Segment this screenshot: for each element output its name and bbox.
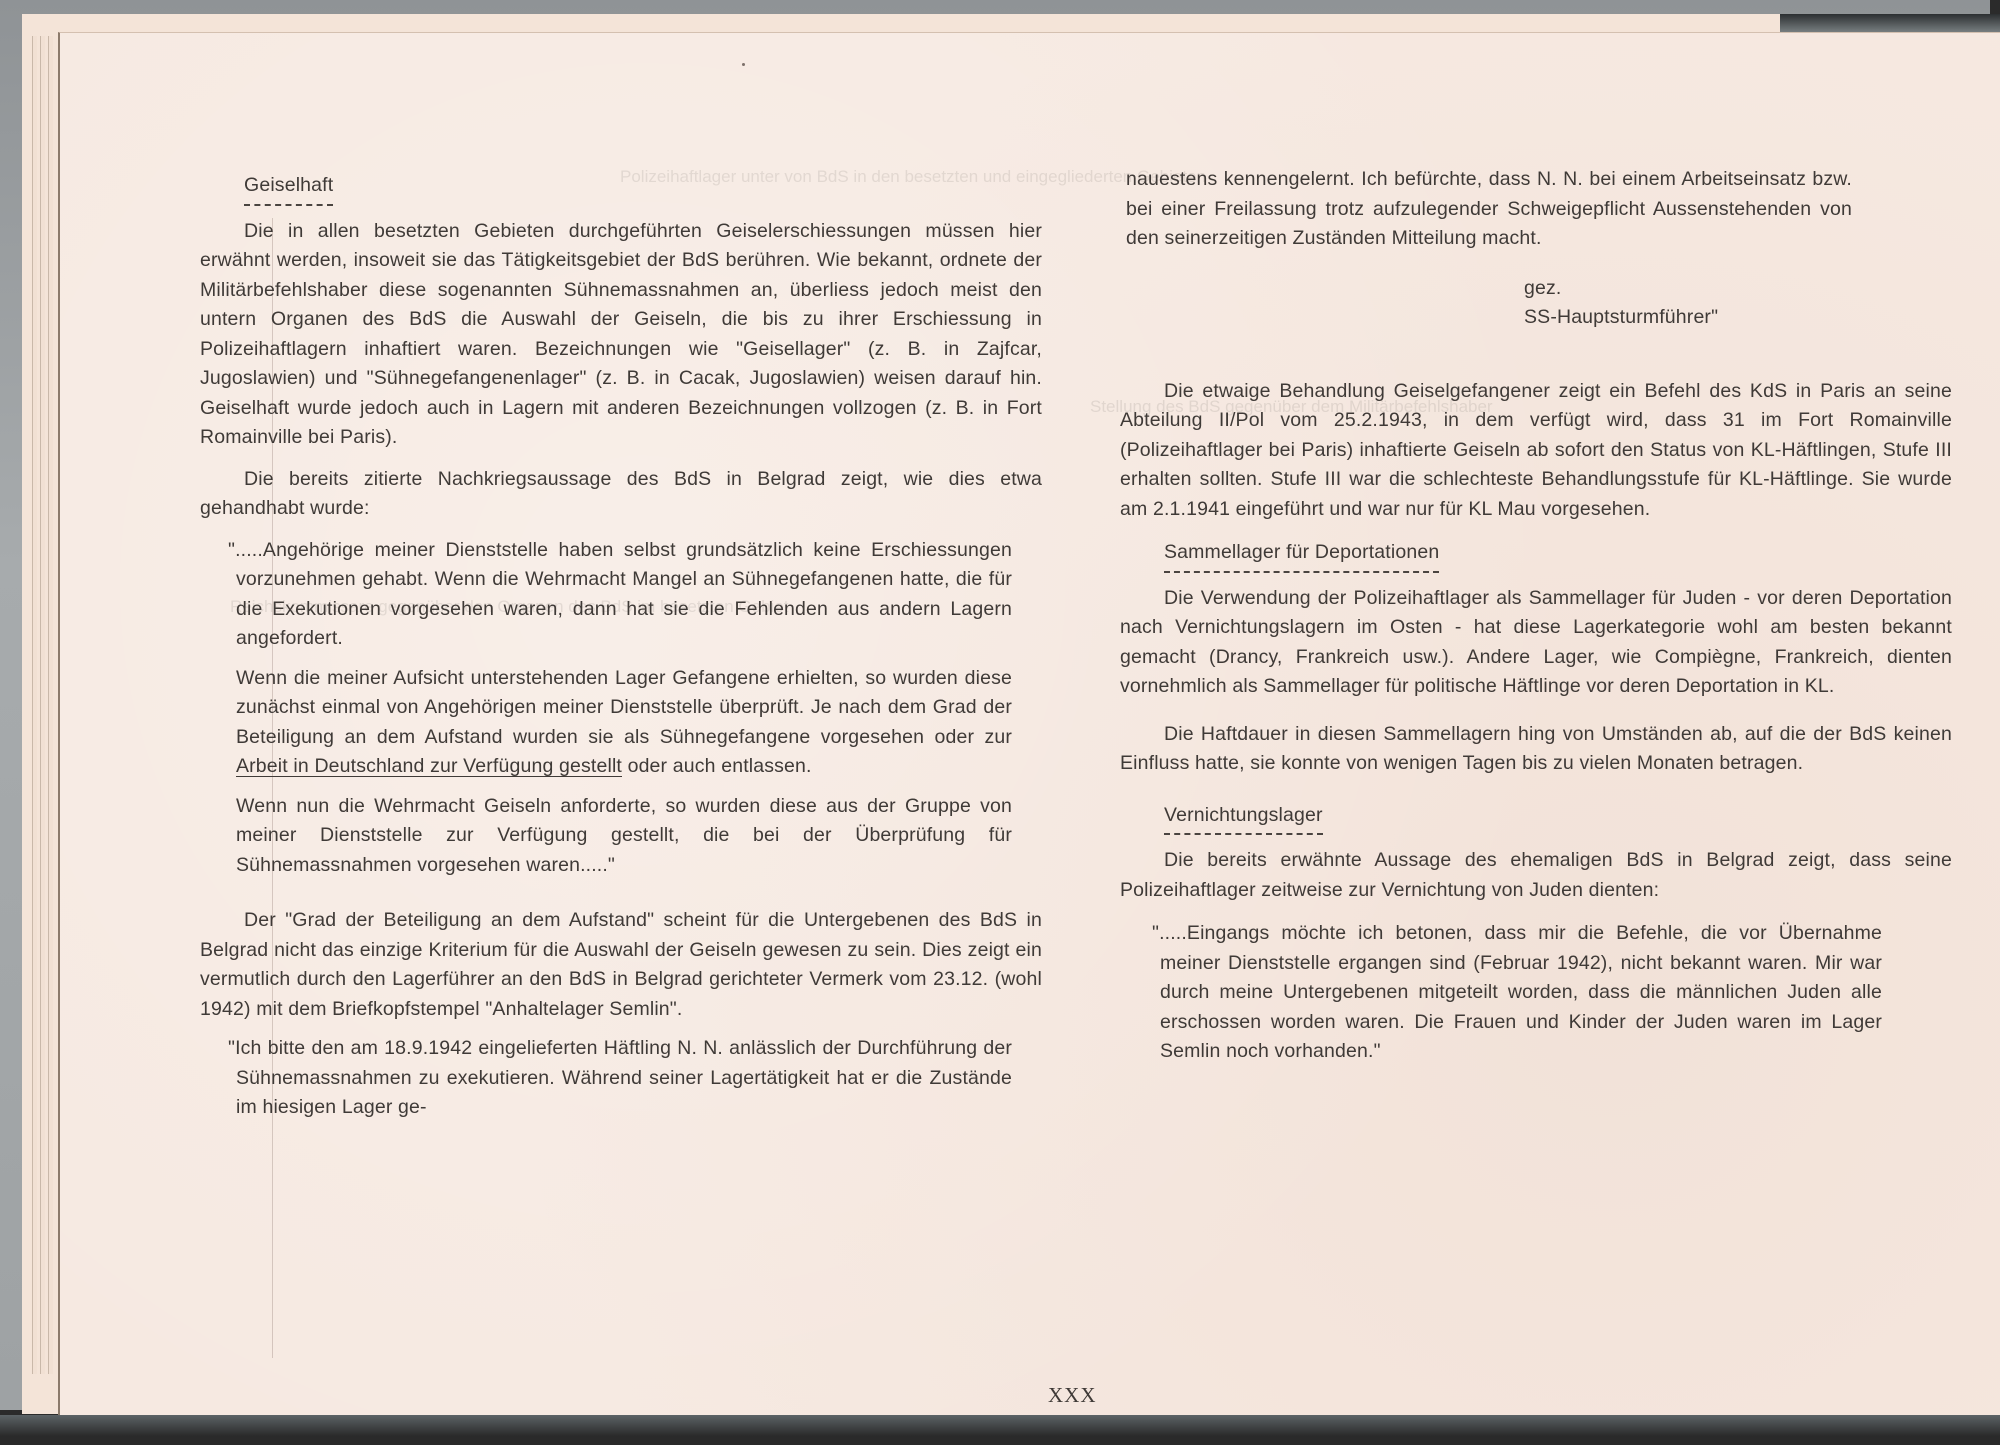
quote-paragraph: ".....Angehörige meiner Dienststelle hab… bbox=[236, 536, 1012, 654]
paragraph: Die bereits erwähnte Aussage des ehemali… bbox=[1120, 846, 1952, 905]
quote-text: Wenn die meiner Aufsicht unterstehenden … bbox=[236, 667, 1012, 748]
signature-gez: gez. bbox=[1524, 274, 1852, 304]
page-edge bbox=[48, 36, 53, 1374]
quote-paragraph: ".....Eingangs möchte ich betonen, dass … bbox=[1160, 919, 1882, 1067]
paragraph: Der "Grad der Beteiligung an dem Aufstan… bbox=[200, 906, 1042, 1024]
quote-paragraph: Wenn die meiner Aufsicht unterstehenden … bbox=[236, 664, 1012, 782]
section-heading-vernichtungslager: Vernichtungslager bbox=[1164, 801, 1323, 835]
underlined-phrase: Arbeit in Deutschland zur Verfügung gest… bbox=[236, 755, 622, 777]
paragraph: Die etwaige Behandlung Geiselgefangener … bbox=[1120, 377, 1952, 525]
paragraph: Die in allen besetzten Gebieten durchgef… bbox=[200, 217, 1042, 453]
page-edge bbox=[32, 36, 37, 1374]
paragraph: Die Haftdauer in diesen Sammellagern hin… bbox=[1120, 720, 1952, 779]
block-quote: "Ich bitte den am 18.9.1942 eingeliefert… bbox=[200, 1034, 1042, 1123]
left-column: Geiselhaft Die in allen besetzten Gebiet… bbox=[200, 171, 1042, 1123]
block-quote: ".....Eingangs möchte ich betonen, dass … bbox=[1120, 919, 1952, 1067]
document-page: Polizeihaftlager unter von BdS in den be… bbox=[58, 32, 2000, 1415]
speck bbox=[742, 63, 745, 66]
signature-rank: SS-Hauptsturmführer" bbox=[1524, 303, 1852, 333]
signature-block: gez. SS-Hauptsturmführer" bbox=[1524, 274, 1852, 333]
quote-text: oder auch entlassen. bbox=[622, 755, 812, 777]
quote-paragraph: "Ich bitte den am 18.9.1942 eingeliefert… bbox=[236, 1034, 1012, 1123]
block-quote: ".....Angehörige meiner Dienststelle hab… bbox=[200, 536, 1042, 881]
scanner-bottom-edge bbox=[0, 1415, 2000, 1445]
quote-paragraph: Wenn nun die Wehrmacht Geiseln anfordert… bbox=[236, 792, 1012, 881]
page-number: XXX bbox=[1048, 1383, 1097, 1408]
block-quote-continued: nauestens kennengelernt. Ich befürchte, … bbox=[1120, 165, 1952, 333]
paragraph: Die Verwendung der Polizeihaftlager als … bbox=[1120, 584, 1952, 702]
paragraph: Die bereits zitierte Nachkriegsaussage d… bbox=[200, 465, 1042, 524]
section-heading-geiselhaft: Geiselhaft bbox=[244, 171, 333, 205]
right-column: nauestens kennengelernt. Ich befürchte, … bbox=[1120, 165, 1952, 1067]
page-edge bbox=[40, 36, 45, 1374]
quote-paragraph: nauestens kennengelernt. Ich befürchte, … bbox=[1126, 165, 1852, 254]
section-heading-sammellager: Sammellager für Deportationen bbox=[1164, 538, 1439, 572]
